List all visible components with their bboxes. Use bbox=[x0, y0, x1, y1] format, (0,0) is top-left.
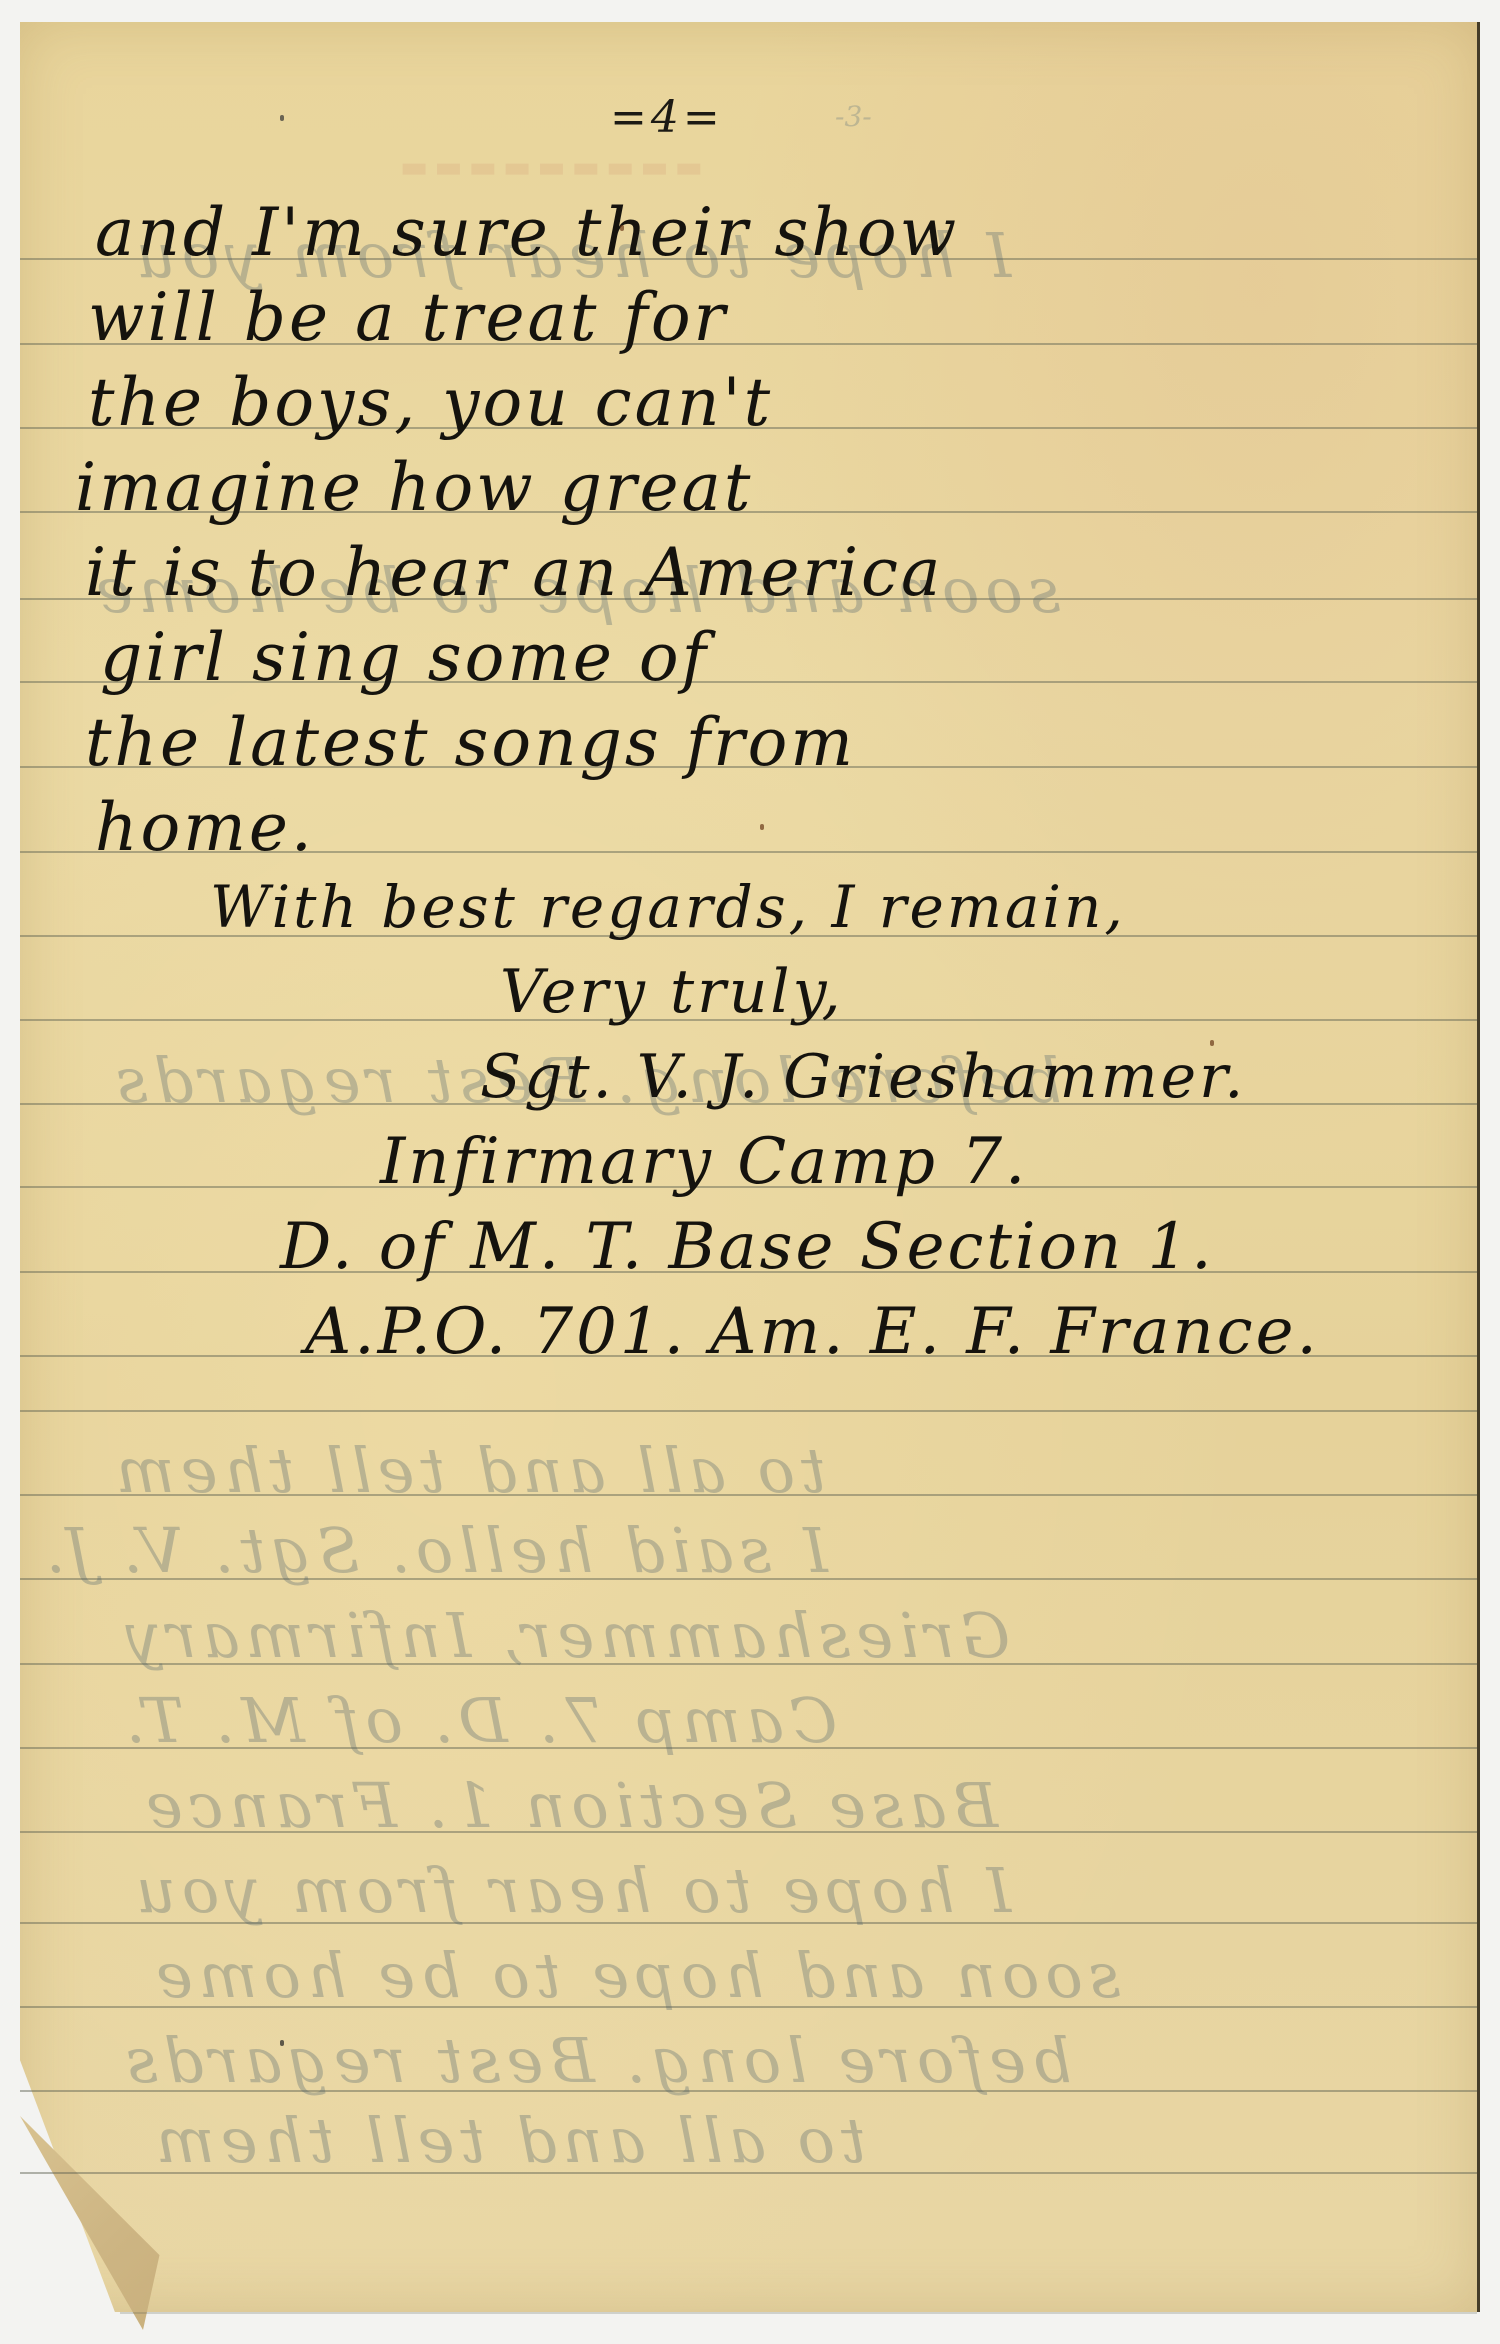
letter-body-line: imagine how great bbox=[75, 455, 753, 521]
letter-closing: With best regards, I remain, bbox=[210, 878, 1126, 936]
address-line: D. of M. T. Base Section 1. bbox=[280, 1215, 1215, 1279]
ruled-line bbox=[120, 2312, 1477, 2314]
address-line: Infirmary Camp 7. bbox=[380, 1130, 1028, 1194]
letterhead-ghost: ▬▬▬▬▬▬▬▬▬ bbox=[400, 150, 709, 185]
page-number: =4= bbox=[610, 92, 724, 143]
bleed-through-line: to all and tell them bbox=[150, 2110, 866, 2172]
ruled-line bbox=[20, 1410, 1477, 1412]
letter-body-line: home. bbox=[95, 795, 315, 861]
bleed-through-line: I hope to hear from you bbox=[130, 1860, 1011, 1922]
paper-speck bbox=[1210, 1040, 1214, 1046]
letter-body-line: and I'm sure their show bbox=[95, 200, 959, 266]
bleed-through-line: Camp 7. D. of M. T. bbox=[120, 1690, 837, 1752]
bleed-through-line: soon and hope to be home bbox=[150, 1945, 1121, 2007]
letter-valediction: Very truly, bbox=[500, 962, 844, 1022]
bleed-through-line: Grieshammer, Infirmary bbox=[120, 1605, 1010, 1667]
letter-body-line: it is to hear an America bbox=[85, 540, 943, 606]
bleed-through-line: I said hello. Sgt. V. J. bbox=[40, 1520, 828, 1582]
paper-speck bbox=[280, 115, 284, 121]
letter-body-line: the latest songs from bbox=[85, 710, 856, 776]
paper-edge bbox=[1477, 22, 1480, 2312]
paper-speck bbox=[620, 225, 624, 231]
address-line: A.P.O. 701. Am. E. F. France. bbox=[305, 1300, 1320, 1364]
bleed-through-line: to all and tell them bbox=[110, 1440, 826, 1502]
signature: Sgt. V. J. Grieshammer. bbox=[480, 1047, 1246, 1107]
letter-body-line: the boys, you can't bbox=[88, 370, 773, 436]
letter-body-line: girl sing some of bbox=[100, 625, 709, 691]
paper-speck bbox=[280, 2040, 284, 2046]
letter-body-line: will be a treat for bbox=[88, 285, 728, 351]
ghost-page-marker: -3- bbox=[835, 100, 872, 133]
bleed-through-line: Base Section 1. France bbox=[140, 1775, 998, 1837]
paper-speck bbox=[760, 824, 764, 830]
bleed-through-line: before long. Best regards bbox=[120, 2030, 1072, 2092]
